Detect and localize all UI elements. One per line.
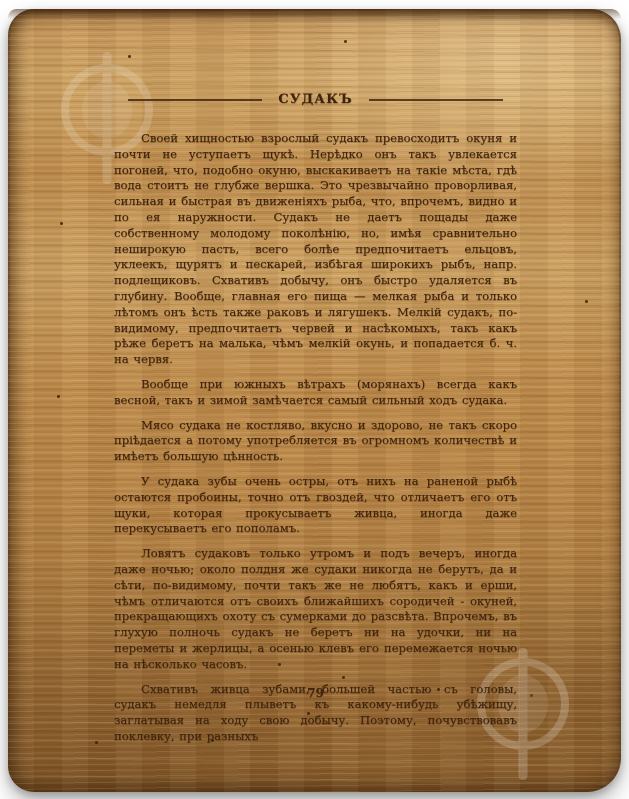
title-rule-left <box>128 99 262 101</box>
wood-speck <box>585 300 588 303</box>
page-title: СУДАКЪ <box>278 92 353 107</box>
wood-speck <box>60 222 63 225</box>
wood-speck <box>344 40 347 43</box>
wood-speck <box>95 741 98 744</box>
wood-speck <box>530 694 533 697</box>
title-rule-right <box>369 99 503 101</box>
chapter-heading: СУДАКЪ <box>128 92 503 107</box>
body-paragraph: У судака зубы очень остры, отъ нихъ на р… <box>114 474 517 537</box>
wood-speck <box>57 395 60 398</box>
body-paragraph: Вообще при южныхъ вѣтрахъ (морянахъ) все… <box>114 377 517 409</box>
page-number: 79 <box>114 686 517 700</box>
body-paragraph: Своей хищностью взрослый судакъ превосхо… <box>114 131 517 368</box>
body-paragraph: Мясо судака не костляво, вкусно и здоров… <box>114 418 517 465</box>
wood-speck <box>128 55 131 58</box>
printed-page: СУДАКЪ Своей хищностью взрослый судакъ п… <box>114 92 517 754</box>
body-paragraph: Ловятъ судаковъ только утромъ и подъ веч… <box>114 546 517 672</box>
board-top-edge <box>8 9 621 19</box>
